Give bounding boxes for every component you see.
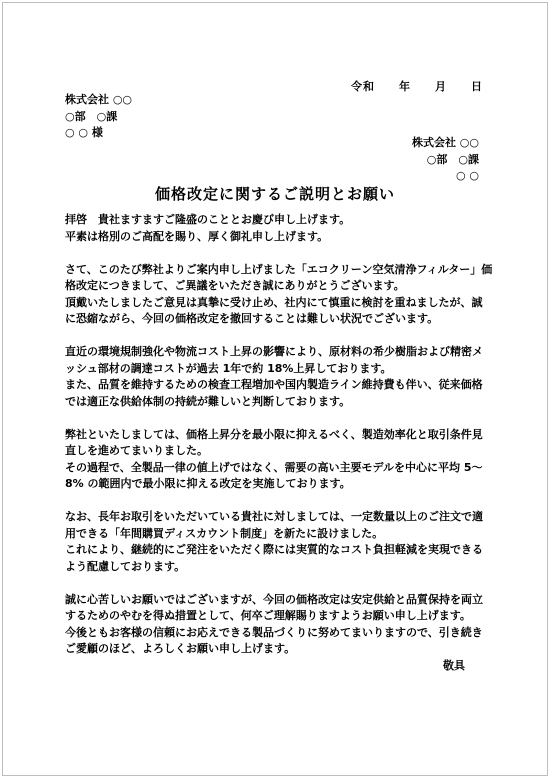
paragraph-line: 平素は格別のご高配を賜り、厚く御礼申し上げます。 [65,229,493,246]
recipient-company: 株式会社 ○○ [65,93,132,110]
paragraph-line: なお、長年お取引をいただいている貴社に対しましては、一定数量以上のご注文で適用で… [65,509,493,542]
paragraph-line: 弊社といたしましては、価格上昇分を最小限に抑えるべく、製造効率化と取引条件見直し… [65,427,493,460]
paragraph-line: 拝啓 貴社ますますご隆盛のこととお慶び申し上げます。 [65,212,493,229]
paragraph-line: 今後ともお客様の信頼にお応えできる製品づくりに努めてまいりますので、引き続きご愛… [65,625,493,658]
letter-body: 拝啓 貴社ますますご隆盛のこととお慶び申し上げます。平素は格別のご高配を賜り、厚… [65,212,493,674]
document-page: 令和 年 月 日 株式会社 ○○ ○部 ○課 ○ ○ 様 株式会社 ○○ ○部 … [2,2,548,776]
sender-block: 株式会社 ○○ ○部 ○課 ○ ○ [412,136,479,186]
paragraph: 誠に心苦しいお願いではございますが、今回の価格改定は安定供給と品質保持を両立する… [65,592,493,658]
paragraph: さて、このたび弊社よりご案内申し上げました「エコクリーン空気清浄フィルター」価格… [65,262,493,328]
paragraph: なお、長年お取引をいただいている貴社に対しましては、一定数量以上のご注文で適用で… [65,509,493,575]
paragraph-line: さて、このたび弊社よりご案内申し上げました「エコクリーン空気清浄フィルター」価格… [65,262,493,295]
paragraph-line: これにより、継続的にご発注をいただく際には実質的なコスト負担軽減を実現できるよう… [65,542,493,575]
paragraph-line: 頂戴いたしましたご意見は真摯に受け止め、社内にて慎重に検討を重ねましたが、誠に恐… [65,295,493,328]
paragraph: 拝啓 貴社ますますご隆盛のこととお慶び申し上げます。平素は格別のご高配を賜り、厚… [65,212,493,245]
paragraphs: 拝啓 貴社ますますご隆盛のこととお慶び申し上げます。平素は格別のご高配を賜り、厚… [65,212,493,658]
date-line: 令和 年 月 日 [351,79,483,95]
paragraph-line: また、品質を維持するための検査工程増加や国内製造ライン維持費も伴い、従来価格では… [65,377,493,410]
paragraph-line: その過程で、全製品一律の値上げではなく、需要の高い主要モデルを中心に平均 5～8… [65,460,493,493]
paragraph: 弊社といたしましては、価格上昇分を最小限に抑えるべく、製造効率化と取引条件見直し… [65,427,493,493]
paragraph: 直近の環境規制強化や物流コスト上昇の影響により、原材料の希少樹脂および精密メッシ… [65,344,493,410]
letter-title: 価格改定に関するご説明とお願い [3,183,547,204]
recipient-block: 株式会社 ○○ ○部 ○課 ○ ○ 様 [65,93,132,143]
recipient-name: ○ ○ 様 [65,126,132,143]
recipient-department: ○部 ○課 [65,110,132,127]
sender-department: ○部 ○課 [412,153,479,170]
closing-keigu: 敬具 [65,658,493,675]
sender-company: 株式会社 ○○ [412,136,479,153]
paragraph-line: 誠に心苦しいお願いではございますが、今回の価格改定は安定供給と品質保持を両立する… [65,592,493,625]
paragraph-line: 直近の環境規制強化や物流コスト上昇の影響により、原材料の希少樹脂および精密メッシ… [65,344,493,377]
